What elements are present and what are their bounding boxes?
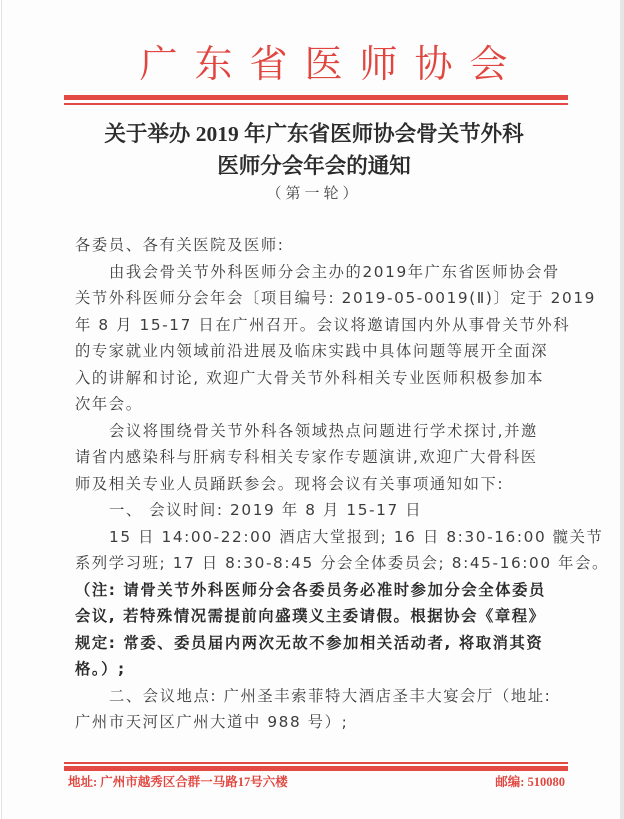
notice-title-line-1: 关于举办 2019 年广东省医师协会骨关节外科 — [42, 117, 586, 148]
viewer-edge — [620, 0, 624, 819]
paragraph-1-line: 的专家就业内领域前沿进展及临床实践中具体问题等展开全面深 — [75, 338, 575, 365]
section-1-heading: 一、 会议时间: 2019 年 8 月 15-17 日 — [75, 497, 575, 524]
paragraph-1-line: 次年会。 — [75, 391, 575, 418]
notice-body: 各委员、各有关医院及医师: 由我会骨关节外科医师分会主办的2019年广东省医师协… — [75, 232, 575, 736]
letterhead-organization: 广东省医师协会 — [120, 40, 527, 88]
notice-round-subtitle: （第一轮） — [42, 182, 586, 203]
letterhead-rule-thick — [64, 95, 568, 100]
paragraph-2-line: 师及相关专业人员踊跃参会。现将会议有关事项通知如下: — [75, 471, 575, 498]
document-page: 广东省医师协会 关于举办 2019 年广东省医师协会骨关节外科 医师分会年会的通… — [1, 0, 621, 819]
attendance-note-line: 格。）; — [75, 656, 575, 683]
attendance-note-line: 会议, 若特殊情况需提前向盛璞义主委请假。根据协会《章程》 — [75, 603, 575, 630]
footer-postcode: 邮编: 510080 — [495, 772, 565, 790]
section-2-venue-line: 广州市天河区广州大道中 988 号）; — [75, 709, 575, 736]
paragraph-1-line: 入的讲解和讨论, 欢迎广大骨关节外科相关专业医师积极参加本 — [75, 365, 575, 392]
attendance-note-line: 规定: 常委、委员届内两次无故不参加相关活动者, 将取消其资 — [75, 630, 575, 657]
footer-rule-thin — [64, 762, 568, 764]
schedule-line: 系列学习班; 17 日 8:30-8:45 分会全体委员会; 8:45-16:0… — [75, 550, 575, 577]
schedule-line: 15 日 14:00-22:00 酒店大堂报到; 16 日 8:30-16:00… — [75, 524, 575, 551]
letterhead-rule-thin — [64, 103, 568, 105]
paragraph-1-line: 关节外科医师分会年会〔项目编号: 2019-05-0019(Ⅱ)〕定于 2019 — [75, 285, 575, 312]
paragraph-1-line: 由我会骨关节外科医师分会主办的2019年广东省医师协会骨 — [75, 259, 575, 286]
footer-rule-thick — [64, 766, 568, 771]
paragraph-2-line: 请省内感染科与肝病专科相关专家作专题演讲,欢迎广大骨科医 — [75, 444, 575, 471]
footer-address: 地址: 广州市越秀区合群一马路17号六楼 — [68, 772, 288, 790]
paragraph-1-line: 年 8 月 15-17 日在广州召开。会议将邀请国内外从事骨关节外科 — [75, 312, 575, 339]
salutation: 各委员、各有关医院及医师: — [75, 232, 575, 259]
paragraph-2-line: 会议将围绕骨关节外科各领域热点问题进行学术探讨,并邀 — [75, 418, 575, 445]
attendance-note-line: （注: 请骨关节外科医师分会各委员务必准时参加分会全体委员 — [75, 577, 575, 604]
notice-title-line-2: 医师分会年会的通知 — [42, 149, 586, 180]
section-2-venue-line: 二、会议地点: 广州圣丰索菲特大酒店圣丰大宴会厅（地址: — [75, 683, 575, 710]
